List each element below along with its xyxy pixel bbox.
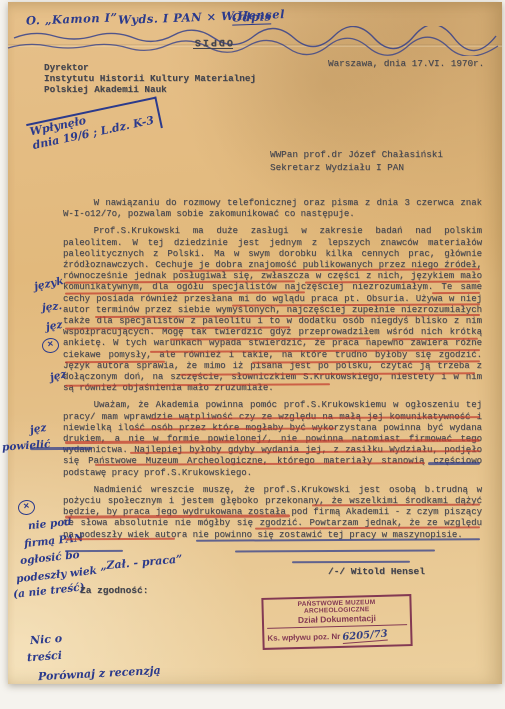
- underline-mark: [432, 292, 480, 294]
- addressee-title: Sekretarz Wydziału I PAN: [270, 161, 443, 174]
- annotation-odpis: Odpis: [232, 9, 272, 25]
- sender-line: Dyrektor: [44, 62, 256, 73]
- stamp-register-number: 6205/73: [342, 629, 388, 645]
- scanned-letter: O. „Kamon I” Wyds. I PAN × W.Hensel Odpi…: [0, 0, 505, 709]
- sender-block: Dyrektor Instytutu Historii Kultury Mate…: [44, 62, 256, 95]
- addressee-name: WWPan prof.dr Józef Chałasiński: [270, 148, 443, 161]
- stamp-register-label: Ks. wpływu poz. Nr: [267, 632, 340, 643]
- underline-mark: [30, 447, 92, 450]
- handwritten-strikethrough-lines: [0, 26, 505, 56]
- sender-line: Polskiej Akademii Nauk: [44, 84, 256, 95]
- certification-label: Za zgodność:: [80, 585, 148, 596]
- stamp-department: Dział Dokumentacji: [267, 612, 407, 629]
- underline-mark: [65, 550, 123, 552]
- signature: /-/ Witold Hensel: [328, 566, 425, 577]
- sender-line: Instytutu Historii Kultury Materialnej: [44, 73, 256, 84]
- museum-stamp: PAŃSTWOWE MUZEUM ARCHEOLOGICZNE Dział Do…: [261, 594, 412, 650]
- paragraph-4: Nadmienić wreszcie muszę, że prof.S.Kruk…: [63, 485, 482, 541]
- bottom-note-tresci: treści: [27, 649, 63, 664]
- addressee-block: WWPan prof.dr Józef Chałasiński Sekretar…: [270, 148, 443, 174]
- dateline: Warszawa, dnia 17.VI. 1970r.: [328, 58, 484, 69]
- paragraph-1: W nawiązaniu do rozmowy telefonicznej or…: [63, 198, 482, 220]
- margin-note-jez: jęz.: [41, 300, 62, 314]
- underline-mark: [428, 462, 480, 465]
- bottom-note-nic-o: Nic o: [30, 632, 63, 647]
- paragraph-2: Prof.S.Krukowski ma duże zasługi w zakre…: [63, 226, 482, 394]
- odpis-copy-stamp: ODPIS: [193, 36, 233, 49]
